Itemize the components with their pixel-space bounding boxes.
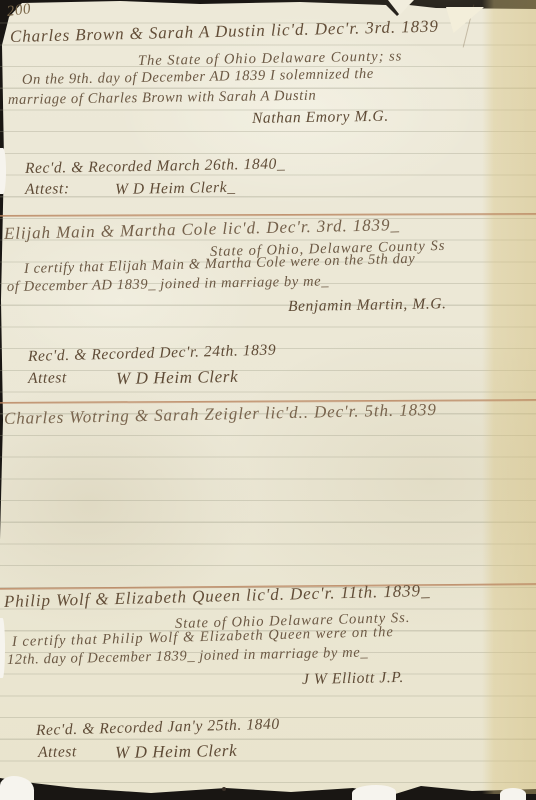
page-number: 200 <box>6 1 32 21</box>
torn-paper-fragment <box>500 788 526 800</box>
entry4-justice-signature: J W Elliott J.P. <box>302 669 404 689</box>
entry1-attest-label: Attest: <box>25 180 70 199</box>
entry4-attest-label: Attest <box>38 743 77 762</box>
scanned-ledger-page: 200 Charles Brown & Sarah A Dustin lic'd… <box>0 0 536 800</box>
torn-paper-fragment <box>0 148 6 194</box>
entry1-clerk-signature: W D Heim Clerk_ <box>115 179 236 199</box>
entry2-minister-signature: Benjamin Martin, M.G. <box>288 295 447 316</box>
entry2-attest-label: Attest <box>28 369 67 388</box>
torn-paper-fragment <box>0 618 5 678</box>
entry1-minister-signature: Nathan Emory M.G. <box>252 108 389 128</box>
entry4-clerk-signature: W D Heim Clerk <box>115 741 238 763</box>
page-edge-discoloration <box>482 0 536 794</box>
entry2-clerk-signature: W D Heim Clerk <box>116 367 239 389</box>
ink-speck <box>222 787 226 791</box>
torn-paper-fragment <box>352 785 396 800</box>
